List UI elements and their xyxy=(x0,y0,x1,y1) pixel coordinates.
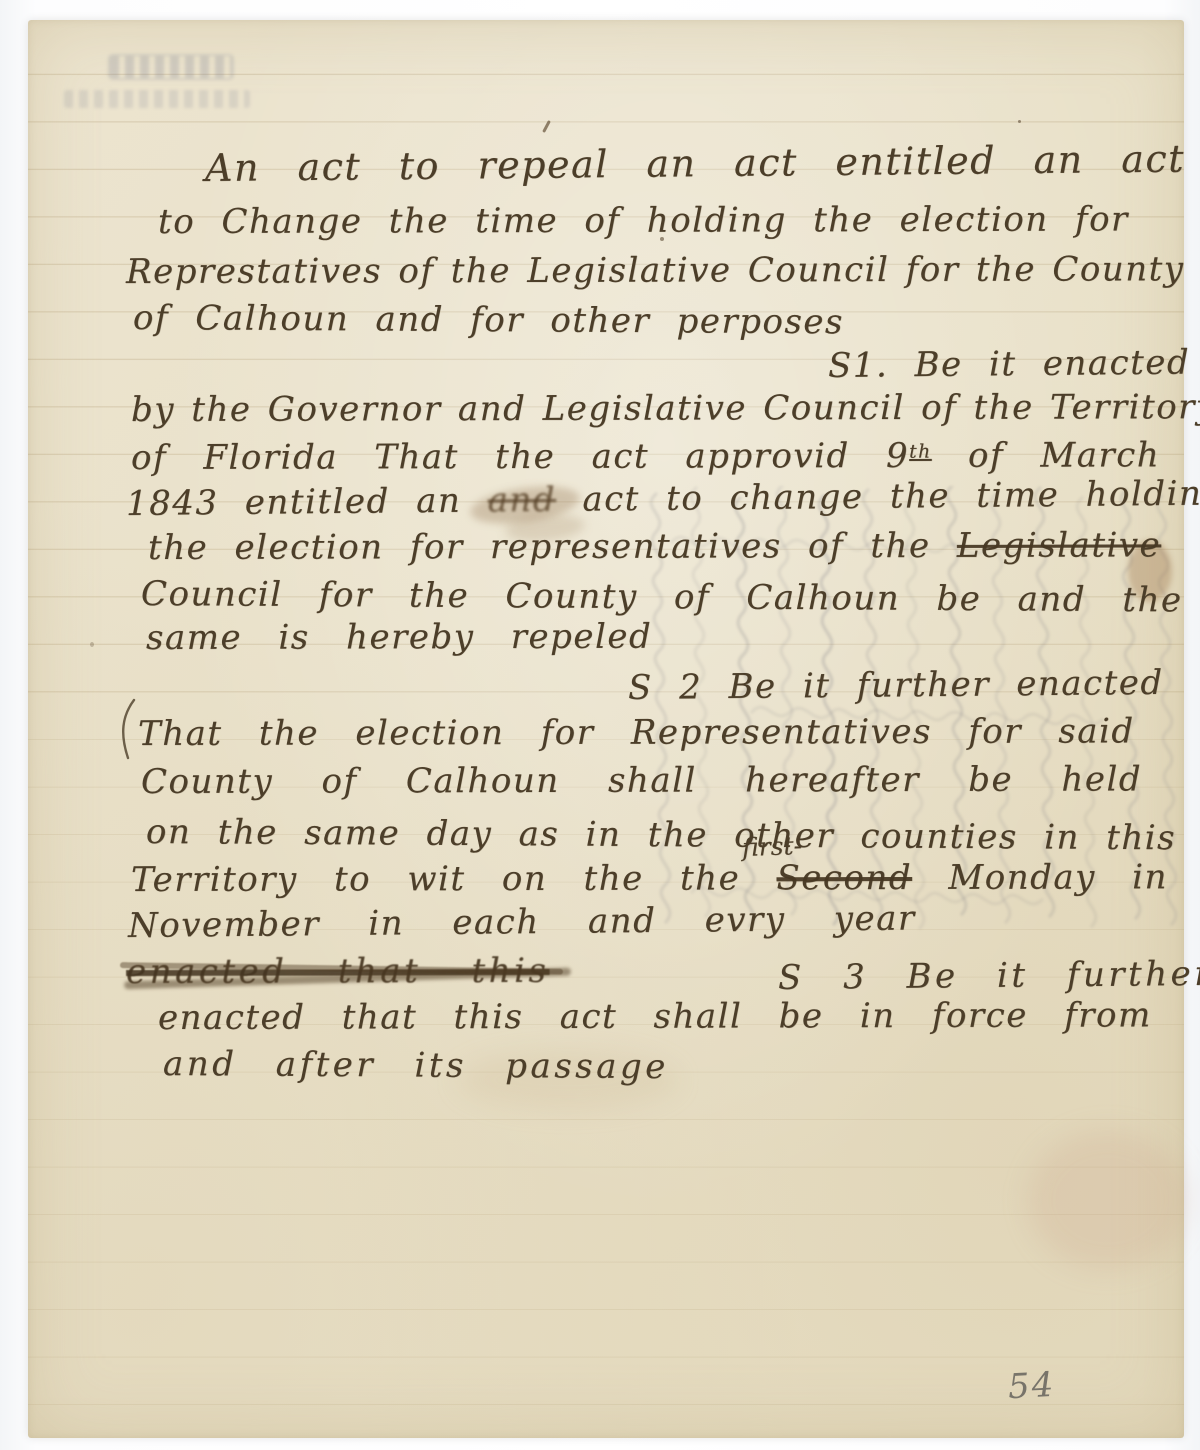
line-text: Territory to wit on the the xyxy=(131,858,777,900)
line-text: County of Calhoun shall hereafter be hel… xyxy=(141,759,1142,802)
manuscript-line: to Change the time of holding the electi… xyxy=(158,199,1129,242)
embossed-stamp xyxy=(64,90,250,108)
embossed-stamp xyxy=(110,56,232,78)
line-text: An act to repeal an act entitled an act xyxy=(205,137,1185,190)
line-text: S 3 Be it further xyxy=(778,954,1200,998)
manuscript-line: Territory to wit on the the Second Monda… xyxy=(131,857,1168,900)
struck-word: Legislative xyxy=(957,525,1161,566)
line-text: and after its passage xyxy=(163,1044,669,1087)
ordinal-superscript: th xyxy=(909,442,932,463)
ink-speck xyxy=(1018,120,1021,123)
line-text: on the same day as in the other counties… xyxy=(146,812,1176,858)
struck-word: Second xyxy=(776,858,912,898)
manuscript-line: enacted that this xyxy=(126,951,549,992)
ink-mark xyxy=(542,120,551,133)
line-text: of Calhoun and for other perposes xyxy=(133,298,844,342)
struck-phrase: enacted that this xyxy=(126,951,549,992)
manuscript-line: November in each and evry year xyxy=(128,898,916,946)
page-number: 54 xyxy=(1007,1365,1056,1407)
manuscript-line: Represtatives of the Legislative Council… xyxy=(126,249,1185,292)
line-text: act to change the time holding xyxy=(556,473,1200,519)
line-text: 1843 entitled an xyxy=(126,481,488,524)
manuscript-line: of Calhoun and for other perposes xyxy=(133,298,844,342)
line-text: S1. Be it enacted xyxy=(828,343,1191,386)
line-text: the election for representatives of the xyxy=(148,526,957,568)
manuscript-line: An act to repeal an act entitled an act xyxy=(205,137,1185,190)
manuscript-line: and after its passage xyxy=(163,1044,669,1087)
line-text: November in each and evry year xyxy=(128,898,916,946)
line-text: of March xyxy=(932,435,1161,476)
manuscript-line: by the Governor and Legislative Council … xyxy=(131,387,1200,430)
line-text: Monday in xyxy=(912,857,1168,898)
line-text: to Change the time of holding the electi… xyxy=(158,199,1129,242)
line-text: by the Governor and Legislative Council … xyxy=(131,387,1200,430)
manuscript-line: S 3 Be it further xyxy=(778,954,1200,998)
manuscript-line: Council for the County of Calhoun be and… xyxy=(141,574,1183,620)
manuscript-page: An act to repeal an act entitled an act … xyxy=(28,20,1184,1438)
manuscript-line: of Florida That the act approvid 9th of … xyxy=(131,435,1160,478)
line-text: That the election for Representatives fo… xyxy=(138,711,1135,754)
manuscript-line: enacted that this act shall be in force … xyxy=(158,995,1152,1038)
manuscript-line: County of Calhoun shall hereafter be hel… xyxy=(141,759,1142,802)
manuscript-line: That the election for Representatives fo… xyxy=(138,711,1135,754)
inserted-word-first: first- xyxy=(742,831,803,862)
manuscript-line: the election for representatives of the … xyxy=(148,525,1161,568)
line-text: same is hereby repeled xyxy=(146,617,652,658)
manuscript-line: same is hereby repeled xyxy=(146,617,652,658)
manuscript-line: S 2 Be it further enacted xyxy=(628,663,1164,708)
line-text: Represtatives of the Legislative Council… xyxy=(126,249,1185,292)
manuscript-line: on the same day as in the other counties… xyxy=(146,812,1176,858)
manuscript-line: S1. Be it enacted xyxy=(828,343,1191,386)
line-text: of Florida That the act approvid 9 xyxy=(131,436,909,478)
manuscript-line: 1843 entitled an and act to change the t… xyxy=(126,473,1200,524)
struck-word: and xyxy=(487,480,556,521)
line-text: S 2 Be it further enacted xyxy=(628,663,1164,708)
ink-speck xyxy=(90,642,94,647)
ink-stain xyxy=(1028,1130,1188,1270)
scan-background: { "manuscript": { "description": "Handwr… xyxy=(0,0,1200,1450)
line-text: Council for the County of Calhoun be and… xyxy=(141,574,1183,620)
line-text: enacted that this act shall be in force … xyxy=(158,995,1152,1038)
